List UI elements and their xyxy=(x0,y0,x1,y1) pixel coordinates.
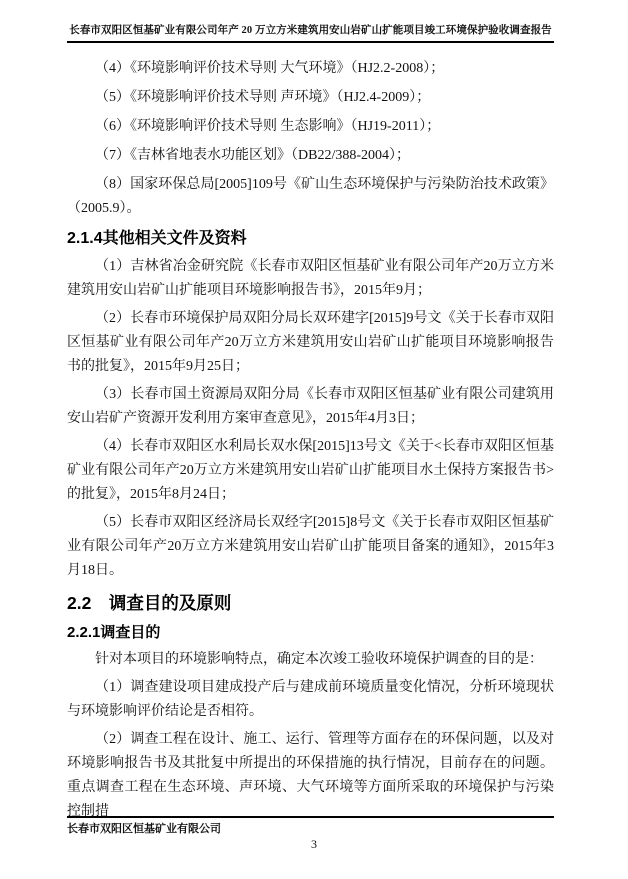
page-number: 3 xyxy=(0,837,628,851)
reference-item: （4）《环境影响评价技术导则 大气环境》（HJ2.2-2008）； xyxy=(67,57,554,81)
footer-divider xyxy=(67,816,554,818)
reference-item: （8）国家环保总局[2005]109号《矿山生态环境保护与污染防治技术政策》（2… xyxy=(67,173,554,221)
document-paragraph: （1）调查建设项目建成投产后与建成前环境质量变化情况，分析环境现状与环境影响评价… xyxy=(67,676,554,724)
header-title: 长春市双阳区恒基矿业有限公司年产 20 万立方米建筑用安山岩矿山扩能项目竣工环境… xyxy=(67,24,554,38)
document-paragraph: （2）长春市环境保护局双阳分局长双环建字[2015]9号文《关于长春市双阳区恒基… xyxy=(67,307,554,379)
document-paragraph: 针对本项目的环境影响特点，确定本次竣工验收环境保护调查的目的是： xyxy=(67,648,554,672)
document-paragraph: （4）长春市双阳区水利局长双水保[2015]13号文《关于<长春市双阳区恒基矿业… xyxy=(67,435,554,507)
page-header: 长春市双阳区恒基矿业有限公司年产 20 万立方米建筑用安山岩矿山扩能项目竣工环境… xyxy=(67,24,554,43)
section-heading-2-1-4: 2.1.4其他相关文件及资料 xyxy=(67,226,554,252)
document-paragraph: （1）吉林省冶金研究院《长春市双阳区恒基矿业有限公司年产20万立方米建筑用安山岩… xyxy=(67,255,554,303)
document-body: （4）《环境影响评价技术导则 大气环境》（HJ2.2-2008）； （5）《环境… xyxy=(67,57,554,828)
footer-company: 长春市双阳区恒基矿业有限公司 xyxy=(67,822,221,837)
section-heading-2-2-1: 2.2.1调查目的 xyxy=(67,621,554,645)
document-paragraph: （3）长春市国土资源局双阳分局《长春市双阳区恒基矿业有限公司建筑用安山岩矿产资源… xyxy=(67,383,554,431)
reference-item: （6）《环境影响评价技术导则 生态影响》（HJ19-2011）； xyxy=(67,115,554,139)
document-paragraph: （2）调查工程在设计、施工、运行、管理等方面存在的环保问题，以及对环境影响报告书… xyxy=(67,728,554,824)
document-page: 长春市双阳区恒基矿业有限公司年产 20 万立方米建筑用安山岩矿山扩能项目竣工环境… xyxy=(0,0,628,879)
section-heading-2-2: 2.2 调查目的及原则 xyxy=(67,589,554,617)
document-paragraph: （5）长春市双阳区经济局长双经字[2015]8号文《关于长春市双阳区恒基矿业有限… xyxy=(67,511,554,583)
reference-item: （7）《吉林省地表水功能区划》（DB22/388-2004）； xyxy=(67,144,554,168)
reference-item: （5）《环境影响评价技术导则 声环境》（HJ2.4-2009）； xyxy=(67,86,554,110)
